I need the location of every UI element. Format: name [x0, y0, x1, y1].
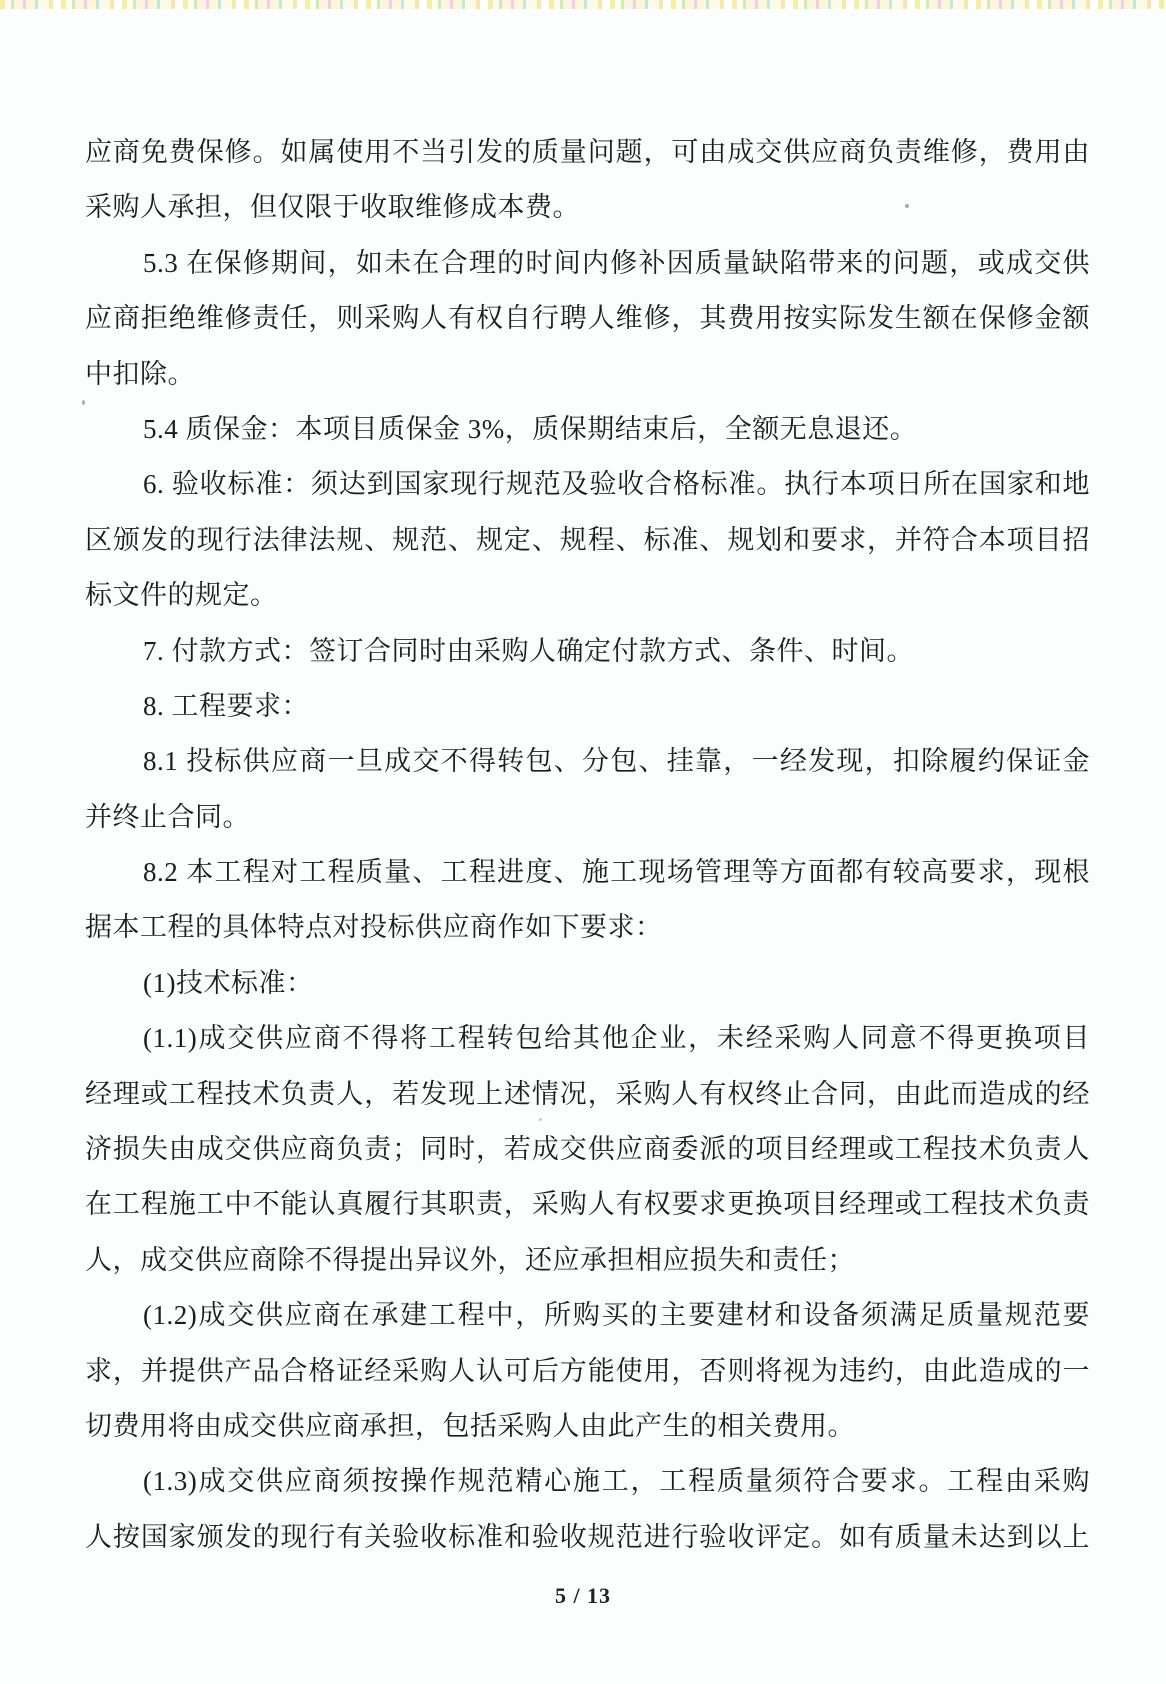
text-line: (1.2)成交供应商在承建工程中，所购买的主要建材和设备须满足质量规范要: [85, 1288, 1090, 1343]
scan-speck: [539, 1118, 542, 1121]
page-number: 5 / 13: [0, 1583, 1166, 1609]
text-line: 经理或工程技术负责人，若发现上述情况，采购人有权终止合同，由此而造成的经: [85, 1067, 1090, 1122]
text-line: 6. 验收标准：须达到国家现行规范及验收合格标准。执行本项日所在国家和地: [85, 457, 1090, 512]
text-line: 7. 付款方式：签订合同时由采购人确定付款方式、条件、时间。: [85, 624, 1090, 679]
text-line: 8.1 投标供应商一旦成交不得转包、分包、挂靠，一经发现，扣除履约保证金: [85, 734, 1090, 789]
document-body: 应商免费保修。如属使用不当引发的质量问题，可由成交供应商负责维修，费用由采购人承…: [85, 125, 1090, 1565]
text-line: 标文件的规定。: [85, 568, 1090, 623]
text-line: 人，成交供应商除不得提出异议外，还应承担相应损失和责任；: [85, 1233, 1090, 1288]
text-line: 应商免费保修。如属使用不当引发的质量问题，可由成交供应商负责维修，费用由: [85, 125, 1090, 180]
text-line: 济损失由成交供应商负责；同时，若成交供应商委派的项目经理或工程技术负责人: [85, 1122, 1090, 1177]
text-line: 据本工程的具体特点对投标供应商作如下要求：: [85, 900, 1090, 955]
text-line: 并终止合同。: [85, 790, 1090, 845]
text-line: (1.1)成交供应商不得将工程转包给其他企业，未经采购人同意不得更换项目: [85, 1011, 1090, 1066]
text-line: (1)技术标准：: [85, 956, 1090, 1011]
text-line: 人按国家颁发的现行有关验收标准和验收规范进行验收评定。如有质量未达到以上: [85, 1510, 1090, 1565]
scan-speck: [82, 400, 85, 405]
scan-speck: [905, 204, 909, 208]
text-line: 8.2 本工程对工程质量、工程进度、施工现场管理等方面都有较高要求，现根: [85, 845, 1090, 900]
text-line: 求，并提供产品合格证经采购人认可后方能使用，否则将视为违约，由此造成的一: [85, 1344, 1090, 1399]
text-line: (1.3)成交供应商须按操作规范精心施工，工程质量须符合要求。工程由采购: [85, 1454, 1090, 1509]
text-line: 在工程施工中不能认真履行其职责，采购人有权要求更换项目经理或工程技术负责: [85, 1177, 1090, 1232]
text-line: 5.4 质保金：本项目质保金 3%，质保期结束后，全额无息退还。: [85, 402, 1090, 457]
text-line: 应商拒绝维修责任，则采购人有权自行聘人维修，其费用按实际发生额在保修金额: [85, 291, 1090, 346]
scanner-edge-artifact: [0, 0, 1166, 9]
text-line: 8. 工程要求：: [85, 679, 1090, 734]
text-line: 中扣除。: [85, 347, 1090, 402]
text-line: 切费用将由成交供应商承担，包括采购人由此产生的相关费用。: [85, 1399, 1090, 1454]
text-line: 5.3 在保修期间，如未在合理的时间内修补因质量缺陷带来的问题，或成交供: [85, 236, 1090, 291]
scanned-document-page: 应商免费保修。如属使用不当引发的质量问题，可由成交供应商负责维修，费用由采购人承…: [0, 0, 1166, 1684]
text-line: 采购人承担，但仅限于收取维修成本费。: [85, 180, 1090, 235]
text-line: 区颁发的现行法律法规、规范、规定、规程、标准、规划和要求，并符合本项目招: [85, 513, 1090, 568]
